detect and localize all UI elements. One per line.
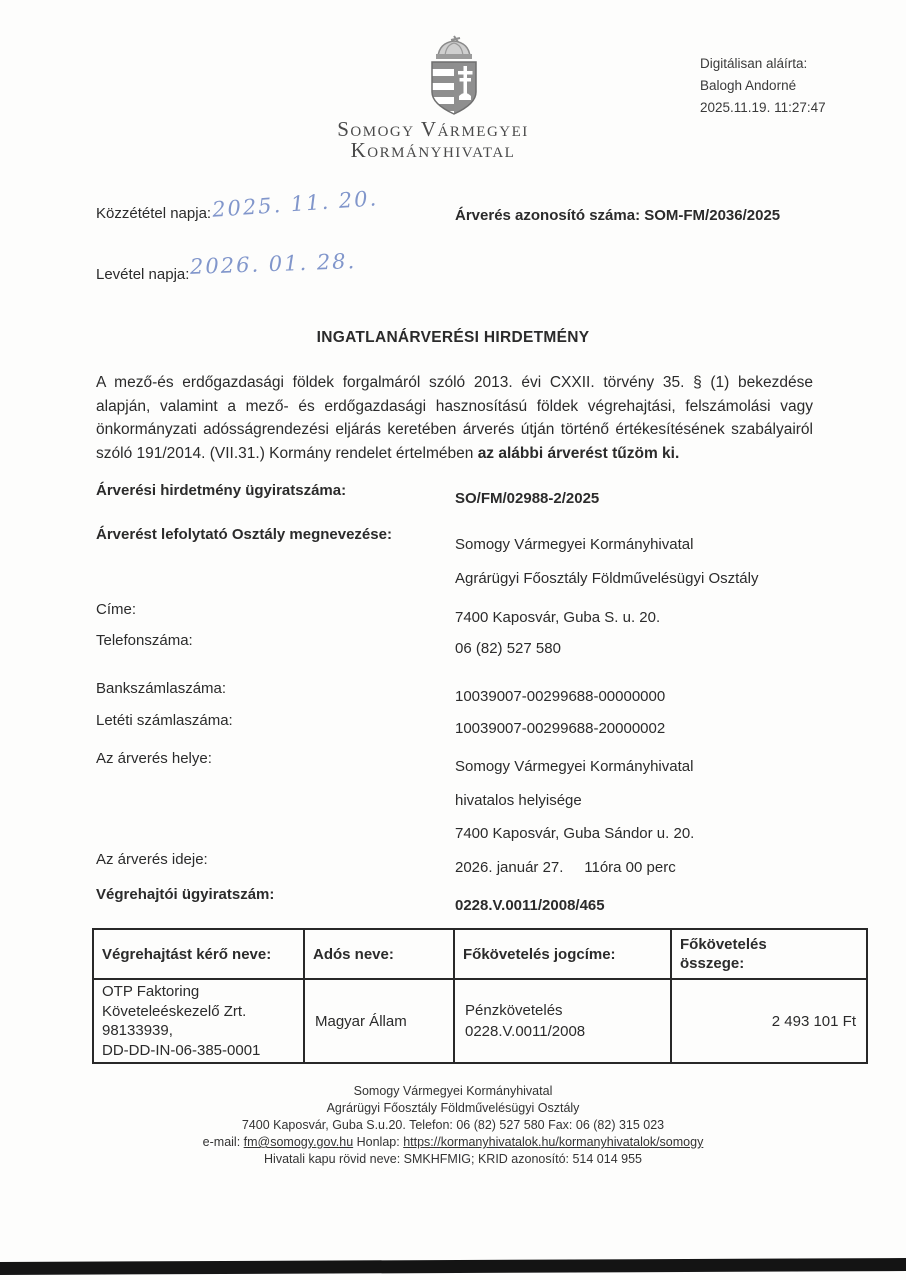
cell-claim-title: Pénzkövetelés 0228.V.0011/2008	[454, 979, 671, 1063]
footer-links-line: e-mail: fm@somogy.gov.hu Honlap: https:/…	[0, 1134, 906, 1151]
removal-date-label: Levétel napja:	[96, 266, 189, 283]
signature-line3: 2025.11.19. 11:27:47	[700, 97, 826, 119]
table-row: OTP Faktoring Követeleéskezelő Zrt. 9813…	[93, 979, 867, 1063]
org-name-line2: Kormányhivatal	[313, 140, 553, 161]
auction-id: Árverés azonosító száma: SOM-FM/2036/202…	[455, 207, 780, 224]
removal-date-handwritten: 2026. 01. 28.	[190, 249, 357, 279]
footer-org-name: Somogy Vármegyei Kormányhivatal	[0, 1083, 906, 1100]
intro-bold-text: az alábbi árverést tűzöm ki.	[478, 445, 680, 462]
field-label: Címe:	[96, 601, 136, 618]
field-label: Az árverés helye:	[96, 750, 212, 767]
homepage-label: Honlap:	[353, 1135, 403, 1149]
hungarian-coat-of-arms-icon	[398, 34, 510, 122]
field-label: Bankszámlaszáma:	[96, 680, 226, 697]
field-value: Somogy Vármegyei Kormányhivatal	[455, 528, 758, 562]
org-name-line1: Somogy Vármegyei	[313, 119, 553, 140]
page-title: INGATLANÁRVERÉSI HIRDETMÉNY	[0, 329, 906, 347]
field-value: 0228.V.0011/2008/465	[455, 889, 605, 923]
table-header-claim-title: Főkövetelés jogcíme:	[454, 929, 671, 979]
table-header-debtor: Adós neve:	[304, 929, 454, 979]
table-header-claim-amount: Főkövetelés összege:	[671, 929, 867, 979]
publish-date-label: Közzététel napja:	[96, 205, 211, 222]
scan-artifact-bar	[0, 1258, 906, 1275]
footer-krid: Hivatali kapu rövid neve: SMKHFMIG; KRID…	[0, 1151, 906, 1168]
signature-line2: Balogh Andorné	[700, 75, 826, 97]
email-link[interactable]: fm@somogy.gov.hu	[244, 1135, 354, 1149]
cell-claim-amount: 2 493 101 Ft	[671, 979, 867, 1063]
footer-department: Agrárügyi Főosztály Földművelésügyi Oszt…	[0, 1100, 906, 1117]
field-value: hivatalos helyisége	[455, 784, 694, 818]
table-header-creditor: Végrehajtást kérő neve:	[93, 929, 304, 979]
field-value: 06 (82) 527 580	[455, 632, 561, 666]
field-label: Árverési hirdetmény ügyiratszáma:	[96, 482, 346, 499]
publish-date-handwritten: 2025. 11. 20.	[211, 186, 379, 222]
field-value: Agrárügyi Főosztály Földművelésügyi Oszt…	[455, 562, 758, 596]
claims-table: Végrehajtást kérő neve: Adós neve: Főköv…	[92, 928, 868, 1064]
field-value: 10039007-00299688-00000000	[455, 680, 665, 714]
field-value: 7400 Kaposvár, Guba S. u. 20.	[455, 601, 660, 635]
field-label: Végrehajtói ügyiratszám:	[96, 886, 274, 903]
intro-normal-text: A mező-és erdőgazdasági földek forgalmár…	[96, 374, 813, 462]
footer: Somogy Vármegyei Kormányhivatal Agrárügy…	[0, 1083, 906, 1168]
intro-paragraph: A mező-és erdőgazdasági földek forgalmár…	[96, 371, 813, 465]
footer-contact: 7400 Kaposvár, Guba S.u.20. Telefon: 06 …	[0, 1117, 906, 1134]
field-label: Letéti számlaszáma:	[96, 712, 233, 729]
field-label: Telefonszáma:	[96, 632, 193, 649]
field-value: 2026. január 27. 11óra 00 perc	[455, 851, 676, 885]
field-label: Az árverés ideje:	[96, 851, 208, 868]
signature-line1: Digitálisan aláírta:	[700, 53, 826, 75]
field-value: Somogy Vármegyei Kormányhivatal	[455, 750, 694, 784]
field-value: 10039007-00299688-20000002	[455, 712, 665, 746]
email-label: e-mail:	[203, 1135, 244, 1149]
org-name: Somogy Vármegyei Kormányhivatal	[313, 119, 553, 161]
homepage-link[interactable]: https://kormanyhivatalok.hu/kormanyhivat…	[403, 1135, 703, 1149]
table-header-row: Végrehajtást kérő neve: Adós neve: Főköv…	[93, 929, 867, 979]
field-value: SO/FM/02988-2/2025	[455, 482, 599, 516]
document-page: Somogy Vármegyei Kormányhivatal Digitáli…	[0, 0, 906, 1280]
cell-debtor: Magyar Állam	[304, 979, 454, 1063]
field-label: Árverést lefolytató Osztály megnevezése:	[96, 526, 392, 543]
cell-creditor: OTP Faktoring Követeleéskezelő Zrt. 9813…	[93, 979, 304, 1063]
digital-signature: Digitálisan aláírta: Balogh Andorné 2025…	[700, 53, 826, 119]
field-value: 7400 Kaposvár, Guba Sándor u. 20.	[455, 817, 694, 851]
